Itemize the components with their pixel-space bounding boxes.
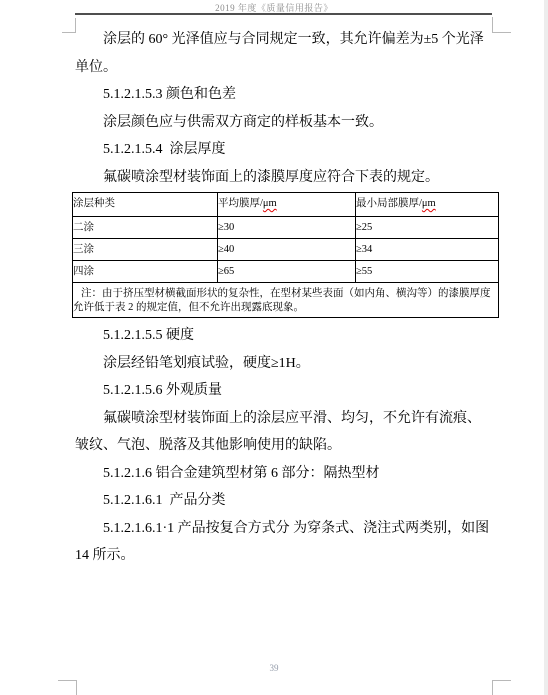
para-gloss-spec: 涂层的 60° 光泽值应与合同规定一致，其允许偏差为±5 个光泽单位。: [75, 26, 492, 81]
cell-average-thickness: ≥40: [218, 239, 356, 261]
cell-average-thickness: ≥65: [218, 261, 356, 283]
para-composite-types: 5.1.2.1.6.1·1 产品按复合方式分 为穿条式、浇注式两类别，如图 14…: [75, 515, 492, 570]
heading-thermal-break-profiles: 5.1.2.1.6 铝合金建筑型材第 6 部分：隔热型材: [75, 460, 492, 488]
table-row: 四涂 ≥65 ≥55: [73, 261, 499, 283]
page-number: 39: [0, 663, 548, 673]
document-page: 2019 年度《质量信用报告》 涂层的 60° 光泽值应与合同规定一致，其允许偏…: [0, 0, 548, 695]
para-thickness-intro: 氟碳喷涂型材装饰面上的漆膜厚度应符合下表的规定。: [75, 164, 492, 192]
header-text: 最小局部膜厚/: [356, 198, 422, 209]
cell-average-thickness: ≥30: [218, 217, 356, 239]
header-text: 涂层种类: [73, 198, 115, 209]
margin-mark-top-left: [62, 18, 76, 33]
header-rule: [75, 13, 492, 15]
cell-coating-type: 三涂: [73, 239, 218, 261]
cell-coating-type: 二涂: [73, 217, 218, 239]
coating-thickness-table: 涂层种类 平均膜厚/μm 最小局部膜厚/μm 二涂 ≥30 ≥25 三涂 ≥40…: [72, 192, 499, 318]
document-body: 涂层的 60° 光泽值应与合同规定一致，其允许偏差为±5 个光泽单位。 5.1.…: [75, 26, 492, 570]
heading-appearance-quality: 5.1.2.1.5.6 外观质量: [75, 377, 492, 405]
table-header-row: 涂层种类 平均膜厚/μm 最小局部膜厚/μm: [73, 193, 499, 217]
table-note: 注：由于挤压型材横截面形状的复杂性，在型材某些表面（如内角、横沟等）的漆膜厚度允…: [73, 283, 499, 318]
table-row: 二涂 ≥30 ≥25: [73, 217, 499, 239]
header-cell-min-local-thickness: 最小局部膜厚/μm: [356, 193, 499, 217]
margin-mark-top-right: [492, 17, 511, 33]
heading-hardness: 5.1.2.1.5.5 硬度: [75, 322, 492, 350]
margin-mark-bottom-left: [58, 680, 77, 695]
header-text: 平均膜厚/: [218, 198, 263, 209]
header-unit-spellchecked: μm: [422, 198, 436, 209]
cell-min-local-thickness: ≥25: [356, 217, 499, 239]
cell-min-local-thickness: ≥34: [356, 239, 499, 261]
margin-mark-bottom-right: [492, 680, 511, 695]
heading-coating-thickness: 5.1.2.1.5.4 涂层厚度: [75, 136, 492, 164]
para-appearance-requirements: 氟碳喷涂型材装饰面上的涂层应平滑、均匀，不允许有流痕、皱纹、气泡、脱落及其他影响…: [75, 405, 492, 460]
page-right-edge: [544, 0, 548, 695]
header-cell-average-thickness: 平均膜厚/μm: [218, 193, 356, 217]
table-row: 三涂 ≥40 ≥34: [73, 239, 499, 261]
heading-color-and-chromatism: 5.1.2.1.5.3 颜色和色差: [75, 81, 492, 109]
para-pencil-hardness: 涂层经铅笔划痕试验，硬度≥1H。: [75, 350, 492, 378]
para-color-match: 涂层颜色应与供需双方商定的样板基本一致。: [75, 109, 492, 137]
cell-min-local-thickness: ≥55: [356, 261, 499, 283]
header-unit-spellchecked: μm: [263, 198, 277, 209]
table-note-row: 注：由于挤压型材横截面形状的复杂性，在型材某些表面（如内角、横沟等）的漆膜厚度允…: [73, 283, 499, 318]
header-cell-coating-type: 涂层种类: [73, 193, 218, 217]
heading-product-classification: 5.1.2.1.6.1 产品分类: [75, 487, 492, 515]
cell-coating-type: 四涂: [73, 261, 218, 283]
